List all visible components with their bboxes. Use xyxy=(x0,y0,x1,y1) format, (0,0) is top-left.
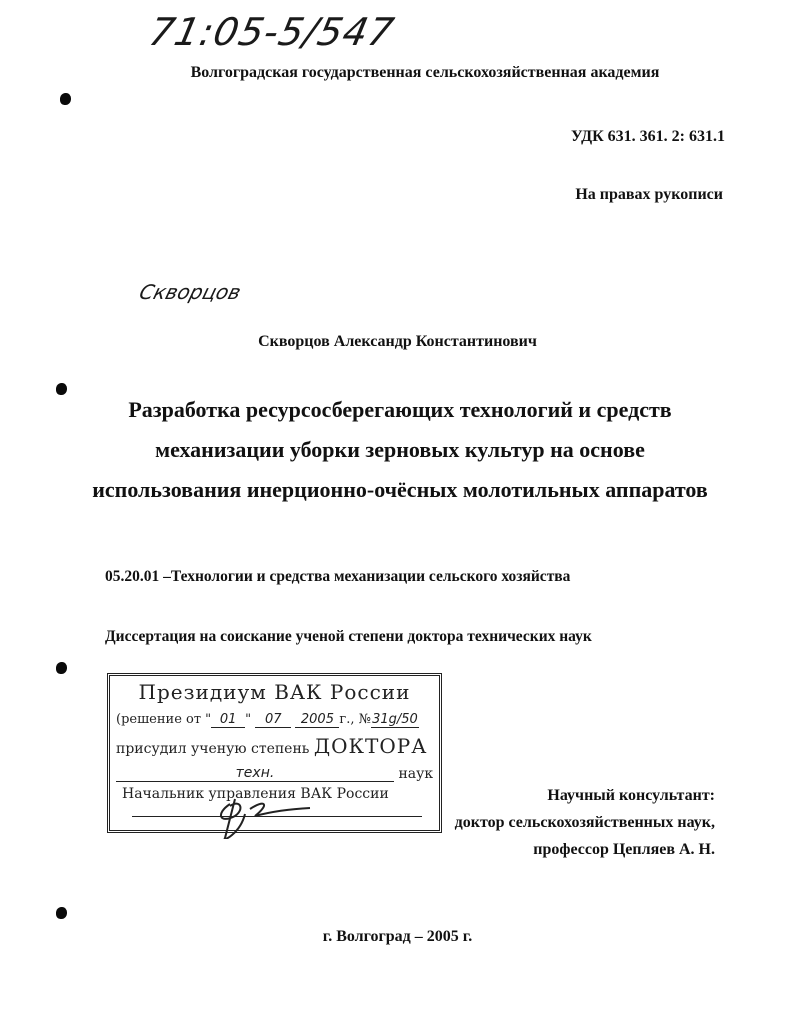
dissertation-title: Разработка ресурсосберегающих технологий… xyxy=(70,390,730,510)
stamp-field-line: техн. наук xyxy=(116,766,436,782)
scientific-consultant: Научный консультант: доктор сельскохозяй… xyxy=(455,782,715,863)
title-line: Разработка ресурсосберегающих технологий… xyxy=(70,390,730,430)
stamp-award-prefix: присудил ученую степень xyxy=(116,741,309,757)
punch-hole-mark xyxy=(60,93,71,105)
consultant-name: профессор Цепляев А. Н. xyxy=(455,836,715,863)
stamp-decision-prefix: (решение от " xyxy=(116,712,211,727)
stamp-month: 07 xyxy=(255,712,291,728)
udc-code: УДК 631. 361. 2: 631.1 xyxy=(571,128,725,146)
author-name: Скворцов Александр Константинович xyxy=(0,333,795,351)
stamp-award-line: присудил ученую степень ДОКТОРА xyxy=(116,734,427,758)
inventory-number-handwritten: 71:05-5/547 xyxy=(145,10,398,54)
official-signature-icon xyxy=(210,794,330,839)
punch-hole-mark xyxy=(56,907,67,919)
punch-hole-mark xyxy=(56,662,67,674)
institution-name: Волгоградская государственная сельскохоз… xyxy=(150,64,700,82)
stamp-day: 01 xyxy=(211,712,245,728)
stamp-field-handwritten: техн. xyxy=(116,766,394,782)
author-signature: Скворцов xyxy=(137,280,244,304)
stamp-field-suffix: наук xyxy=(398,766,433,782)
consultant-degree: доктор сельскохозяйственных наук, xyxy=(455,809,715,836)
title-line: использования инерционно-очёсных молотил… xyxy=(70,470,730,510)
city-year: г. Волгоград – 2005 г. xyxy=(0,928,795,946)
stamp-number: 31g/50 xyxy=(371,712,419,728)
degree-statement: Диссертация на соискание ученой степени … xyxy=(105,628,592,646)
title-line: механизации уборки зерновых культур на о… xyxy=(70,430,730,470)
stamp-heading: Президиум ВАК России xyxy=(110,680,439,704)
rights-note: На правах рукописи xyxy=(575,186,723,204)
stamp-degree: ДОКТОРА xyxy=(314,734,427,758)
stamp-quote: " xyxy=(245,712,251,727)
punch-hole-mark xyxy=(56,383,67,395)
stamp-year: 2005 xyxy=(295,712,339,728)
vak-stamp: Президиум ВАК России (решение от "01" 07… xyxy=(107,673,442,833)
stamp-year-suffix: г., № xyxy=(339,712,371,727)
specialty-code: 05.20.01 –Технологии и средства механиза… xyxy=(105,568,570,586)
consultant-label: Научный консультант: xyxy=(455,782,715,809)
stamp-decision-line: (решение от "01" 07 2005г., №31g/50 xyxy=(116,712,419,728)
